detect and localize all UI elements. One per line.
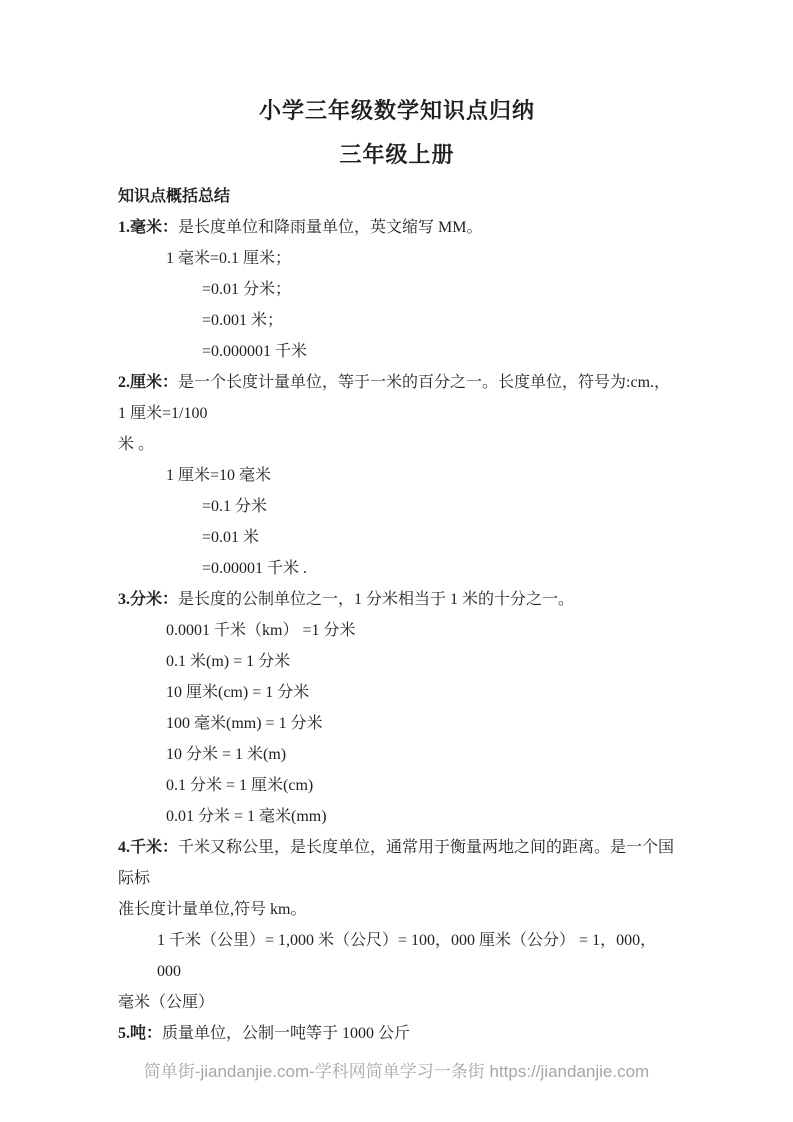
formula-line: 10 分米 = 1 米(m) (166, 739, 676, 770)
document-page: 小学三年级数学知识点归纳 三年级上册 知识点概括总结 1.毫米：是长度单位和降雨… (0, 0, 793, 1122)
formula-line: 1 厘米=10 毫米 (166, 460, 676, 491)
term-millimeter: 1.毫米： (118, 219, 178, 236)
formula-line: =0.1 分米 (202, 491, 676, 522)
para-decimeter: 3.分米：是长度的公制单位之一，1 分米相当于 1 米的十分之一。 (118, 584, 676, 615)
para-kilometer: 4.千米：千米又称公里，是长度单位，通常用于衡量两地之间的距离。是一个国际标 (118, 832, 676, 894)
formula-line: 1 毫米=0.1 厘米； (166, 243, 676, 274)
formula-line: 0.0001 千米（km） =1 分米 (166, 615, 676, 646)
formula-line: =0.01 米 (202, 522, 676, 553)
para-ton: 5.吨：质量单位，公制一吨等于 1000 公斤 (118, 1018, 676, 1049)
section-heading: 知识点概括总结 (118, 182, 676, 212)
para-millimeter: 1.毫米：是长度单位和降雨量单位，英文缩写 MM。 (118, 212, 676, 243)
formula-line: 1 千米（公里）= 1,000 米（公尺）= 100，000 厘米（公分） = … (157, 925, 676, 987)
definition-millimeter: 是长度单位和降雨量单位，英文缩写 MM。 (178, 219, 482, 236)
term-ton: 5.吨： (118, 1025, 162, 1042)
formula-line: 0.01 分米 = 1 毫米(mm) (166, 801, 676, 832)
term-decimeter: 3.分米： (118, 591, 178, 608)
formula-line: =0.000001 千米 (202, 336, 676, 367)
document-content: 小学三年级数学知识点归纳 三年级上册 知识点概括总结 1.毫米：是长度单位和降雨… (118, 96, 676, 1049)
doc-subtitle: 三年级上册 (118, 140, 676, 170)
formula-line: 0.1 米(m) = 1 分米 (166, 646, 676, 677)
footer-watermark: 简单街-jiandanjie.com-学科网简单学习一条街 https://ji… (0, 1060, 793, 1084)
formula-line: 10 厘米(cm) = 1 分米 (166, 677, 676, 708)
doc-title: 小学三年级数学知识点归纳 (118, 96, 676, 126)
formula-line: =0.01 分米； (202, 274, 676, 305)
formula-line: 100 毫米(mm) = 1 分米 (166, 708, 676, 739)
definition-kilometer-line2: 准长度计量单位,符号 km。 (118, 894, 676, 925)
term-centimeter: 2.厘米： (118, 374, 178, 391)
term-kilometer: 4.千米： (118, 839, 178, 856)
formula-line: =0.001 米； (202, 305, 676, 336)
formula-line: 0.1 分米 = 1 厘米(cm) (166, 770, 676, 801)
formula-line: =0.00001 千米 . (202, 553, 676, 584)
definition-ton: 质量单位，公制一吨等于 1000 公斤 (162, 1025, 410, 1042)
para-centimeter: 2.厘米：是一个长度计量单位，等于一米的百分之一。长度单位，符号为:cm.，1 … (118, 367, 676, 429)
definition-decimeter: 是长度的公制单位之一，1 分米相当于 1 米的十分之一。 (178, 591, 574, 608)
definition-centimeter-line1: 是一个长度计量单位，等于一米的百分之一。长度单位，符号为:cm.，1 厘米=1/… (118, 374, 670, 422)
definition-centimeter-line2: 米 。 (118, 429, 676, 460)
definition-kilometer-line1: 千米又称公里，是长度单位，通常用于衡量两地之间的距离。是一个国际标 (118, 839, 674, 887)
formula-line: 毫米（公厘） (118, 987, 676, 1018)
